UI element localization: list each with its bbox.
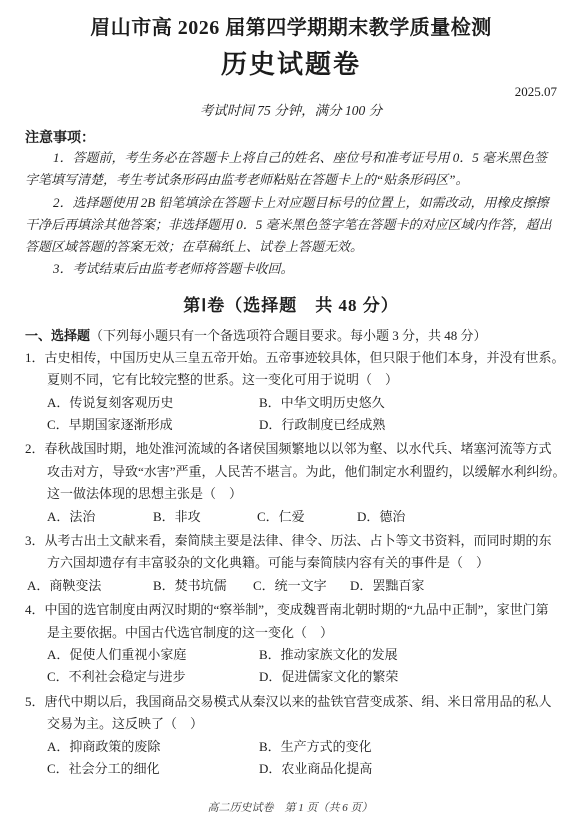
notice-2-line: 2．选择题使用 2B 铅笔填涂在答题卡上对应题目标号的位置上，如需改动，用橡皮擦… xyxy=(25,192,557,214)
question-5: 5．唐代中期以后，我国商品交易模式从秦汉以来的盐铁官营变成茶、绢、米日常用品的私… xyxy=(25,691,557,781)
question-3-option-a: A．商鞅变法 xyxy=(27,575,153,597)
exam-paper-page: 眉山市高 2026 届第四学期期末教学质量检测 历史试题卷 2025.07 考试… xyxy=(0,0,580,829)
question-3-option-c: C．统一文字 xyxy=(253,575,350,597)
question-5-stem-line: 5．唐代中期以后，我国商品交易模式从秦汉以来的盐铁官营变成茶、绢、米日常用品的私… xyxy=(25,691,557,713)
exam-title: 眉山市高 2026 届第四学期期末教学质量检测 xyxy=(25,14,557,42)
question-2-option-b: B．非攻 xyxy=(153,506,257,528)
exam-subtitle: 历史试题卷 xyxy=(25,46,557,82)
question-1-options: A．传说复刻客观历史 B．中华文明历史悠久 C．早期国家逐渐形成 D．行政制度已… xyxy=(25,392,557,437)
question-5-option-c: C．社会分工的细化 xyxy=(47,758,259,780)
exam-duration-score: 考试时间 75 分钟，满分 100 分 xyxy=(25,103,557,119)
exam-date: 2025.07 xyxy=(25,84,557,100)
section1-instruction: 一、选择题（下列每小题只有一个备选项符合题目要求。每小题 3 分，共 48 分） xyxy=(25,325,557,347)
section1-header: 第Ⅰ卷（选择题 共 48 分） xyxy=(25,293,557,319)
notice-2-line: 干净后再填涂其他答案；非选择题用 0．5 毫米黑色签字笔在答题卡的对应区域内作答… xyxy=(25,214,557,236)
question-4-option-a: A．促使人们重视小家庭 xyxy=(47,644,259,666)
question-3: 3．从考古出土文献来看，秦简牍主要是法律、律令、历法、占卜等文书资料，而同时期的… xyxy=(25,530,557,597)
question-3-stem-line: 3．从考古出土文献来看，秦简牍主要是法律、律令、历法、占卜等文书资料，而同时期的… xyxy=(25,530,557,552)
question-2-option-c: C．仁爱 xyxy=(257,506,357,528)
question-3-options: A．商鞅变法 B．焚书坑儒 C．统一文字 D．罢黜百家 xyxy=(25,575,557,597)
notice-1-line: 1．答题前，考生务必在答题卡上将自己的姓名、座位号和准考证号用 0．5 毫米黑色… xyxy=(25,147,557,169)
question-5-options: A．抑商政策的废除 B．生产方式的变化 C．社会分工的细化 D．农业商品化提高 xyxy=(25,736,557,781)
question-1: 1．古史相传，中国历史从三皇五帝开始。五帝事迹较具体，但只限于他们本身，并没有世… xyxy=(25,347,557,437)
question-1-option-d: D．行政制度已经成熟 xyxy=(259,414,557,436)
question-2-option-d: D．德治 xyxy=(357,506,557,528)
notice-1-line: 字笔填写清楚，考生考试条形码由监考老师粘贴在答题卡上的“贴条形码区”。 xyxy=(25,169,557,191)
instruction-rest: （下列每小题只有一个备选项符合题目要求。每小题 3 分，共 48 分） xyxy=(90,328,487,343)
question-5-option-b: B．生产方式的变化 xyxy=(259,736,557,758)
question-3-option-b: B．焚书坑儒 xyxy=(153,575,253,597)
question-3-stem-line: 方六国却遗存有丰富驳杂的文化典籍。可能与秦简牍内容有关的事件是（ ） xyxy=(25,552,557,574)
notice-2-line: 答题区域答题的答案无效；在草稿纸上、试卷上答题无效。 xyxy=(25,236,557,258)
question-3-option-d: D．罢黜百家 xyxy=(350,575,557,597)
question-4-stem-line: 4．中国的选官制度由两汉时期的“察举制”，变成魏晋南北朝时期的“九品中正制”，家… xyxy=(25,599,557,621)
question-4-option-b: B．推动家族文化的发展 xyxy=(259,644,557,666)
question-5-stem-line: 交易为主。这反映了（ ） xyxy=(25,713,557,735)
question-4-stem-line: 是主要依据。中国古代选官制度的这一变化（ ） xyxy=(25,622,557,644)
question-1-stem-line: 1．古史相传，中国历史从三皇五帝开始。五帝事迹较具体，但只限于他们本身，并没有世… xyxy=(25,347,557,369)
question-2-options: A．法治 B．非攻 C．仁爱 D．德治 xyxy=(25,506,557,528)
question-2-stem-line: 这一做法体现的思想主张是（ ） xyxy=(25,483,557,505)
question-1-stem-line: 夏则不同，它有比较完整的世系。这一变化可用于说明（ ） xyxy=(25,369,557,391)
question-1-option-b: B．中华文明历史悠久 xyxy=(259,392,557,414)
question-4: 4．中国的选官制度由两汉时期的“察举制”，变成魏晋南北朝时期的“九品中正制”，家… xyxy=(25,599,557,689)
question-1-option-a: A．传说复刻客观历史 xyxy=(47,392,259,414)
notices-heading: 注意事项： xyxy=(25,127,557,147)
question-2: 2．春秋战国时期，地处淮河流域的各诸侯国频繁地以以邻为壑、以水代兵、堵塞河流等方… xyxy=(25,438,557,528)
notices-section: 注意事项： 1．答题前，考生务必在答题卡上将自己的姓名、座位号和准考证号用 0．… xyxy=(25,127,557,281)
question-4-option-d: D．促进儒家文化的繁荣 xyxy=(259,666,557,688)
question-2-stem-line: 2．春秋战国时期，地处淮河流域的各诸侯国频繁地以以邻为壑、以水代兵、堵塞河流等方… xyxy=(25,438,557,460)
question-2-stem-line: 攻击对方，导致“水害”严重，人民苦不堪言。为此，他们制定水利盟约，以缓解水利纠纷… xyxy=(25,461,557,483)
question-4-options: A．促使人们重视小家庭 B．推动家族文化的发展 C．不利社会稳定与进步 D．促进… xyxy=(25,644,557,689)
question-2-option-a: A．法治 xyxy=(47,506,153,528)
question-5-option-a: A．抑商政策的废除 xyxy=(47,736,259,758)
instruction-lead: 一、选择题 xyxy=(25,328,90,343)
notice-3-line: 3．考试结束后由监考老师将答题卡收回。 xyxy=(25,258,557,280)
page-footer: 高二历史试卷 第 1 页（共 6 页） xyxy=(0,799,580,815)
question-5-option-d: D．农业商品化提高 xyxy=(259,758,557,780)
question-4-option-c: C．不利社会稳定与进步 xyxy=(47,666,259,688)
question-1-option-c: C．早期国家逐渐形成 xyxy=(47,414,259,436)
